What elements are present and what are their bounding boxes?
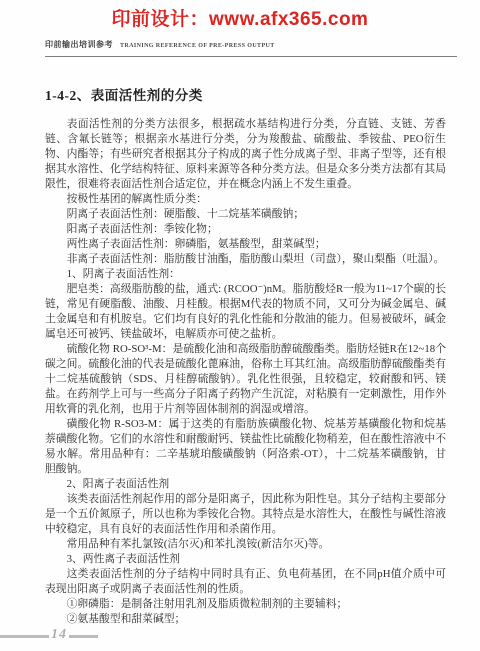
section-heading: 1-4-2、表面活性剂的分类 (45, 84, 446, 104)
paragraph: 表面活性剂的分类方法很多，根据疏水基结构进行分类，分直链、支链、芳香链、含氟长链… (45, 117, 446, 192)
page-footer: 14 (0, 629, 98, 641)
paragraph: 两性离子表面活性剂：卵磷脂，氨基酸型，甜菜碱型； (45, 237, 446, 252)
paragraph: ①卵磷脂：是制备注射用乳剂及脂质微粒制剂的主要辅料； (45, 597, 446, 612)
paragraph: 1、阴离子表面活性剂： (45, 267, 446, 282)
paragraph: 这类表面活性剂的分子结构中同时具有正、负电荷基团，在不同pH值介质中可表现出阳离… (45, 567, 446, 597)
promo-banner: 印前设计：www.afx365.com (0, 4, 480, 31)
paragraph: 非离子表面活性剂：脂肪酸甘油酯，脂肪酸山梨坦（司盘），聚山梨酯（吐温）。 (45, 252, 446, 267)
footer-rule-left (0, 635, 49, 638)
page-number: 14 (51, 629, 67, 641)
paragraph: 常用品种有苯扎氯铵(洁尔灭)和苯扎溴铵(新洁尔灭)等。 (45, 537, 446, 552)
paragraph: ②氨基酸型和甜菜碱型； (45, 612, 446, 627)
paragraph: 阳离子表面活性剂：季铵化物； (45, 222, 446, 237)
paragraph: 按极性基团的解离性质分类： (45, 192, 446, 207)
paragraph: 磺酸化物 R-SO3-M：属于这类的有脂肪族磺酸化物、烷基芳基磺酸化物和烷基萘磺… (45, 417, 446, 477)
paragraph: 硫酸化物 RO-SO³-M：是硫酸化油和高级脂肪醇硫酸酯类。脂肪烃链R在12~1… (45, 342, 446, 417)
paragraph: 3、两性离子表面活性剂 (45, 552, 446, 567)
footer-rule-right (69, 635, 98, 638)
document-page: 印前设计：www.afx365.com 印前输出培训参考TRAINING REF… (0, 0, 480, 651)
body-text: 表面活性剂的分类方法很多，根据疏水基结构进行分类，分直链、支链、芳香链、含氟长链… (45, 117, 446, 627)
document-body: 1-4-2、表面活性剂的分类 表面活性剂的分类方法很多，根据疏水基结构进行分类，… (45, 84, 446, 627)
paragraph: 阴离子表面活性剂：硬脂酸、十二烷基苯磺酸钠； (45, 207, 446, 222)
page-header: 印前输出培训参考TRAINING REFERENCE OF PRE-PRESS … (45, 34, 457, 57)
header-title-en: TRAINING REFERENCE OF PRE-PRESS OUTPUT (120, 43, 275, 49)
paragraph: 肥皂类：高级脂肪酸的盐，通式: (RCOO⁻)nM。脂肪酸烃R一般为11~17个… (45, 282, 446, 342)
paragraph: 该类表面活性剂起作用的部分是阳离子，因此称为阳性皂。其分子结构主要部分是一个五价… (45, 492, 446, 537)
paragraph: 2、阳离子表面活性剂 (45, 477, 446, 492)
header-title-cn: 印前输出培训参考 (45, 40, 113, 49)
